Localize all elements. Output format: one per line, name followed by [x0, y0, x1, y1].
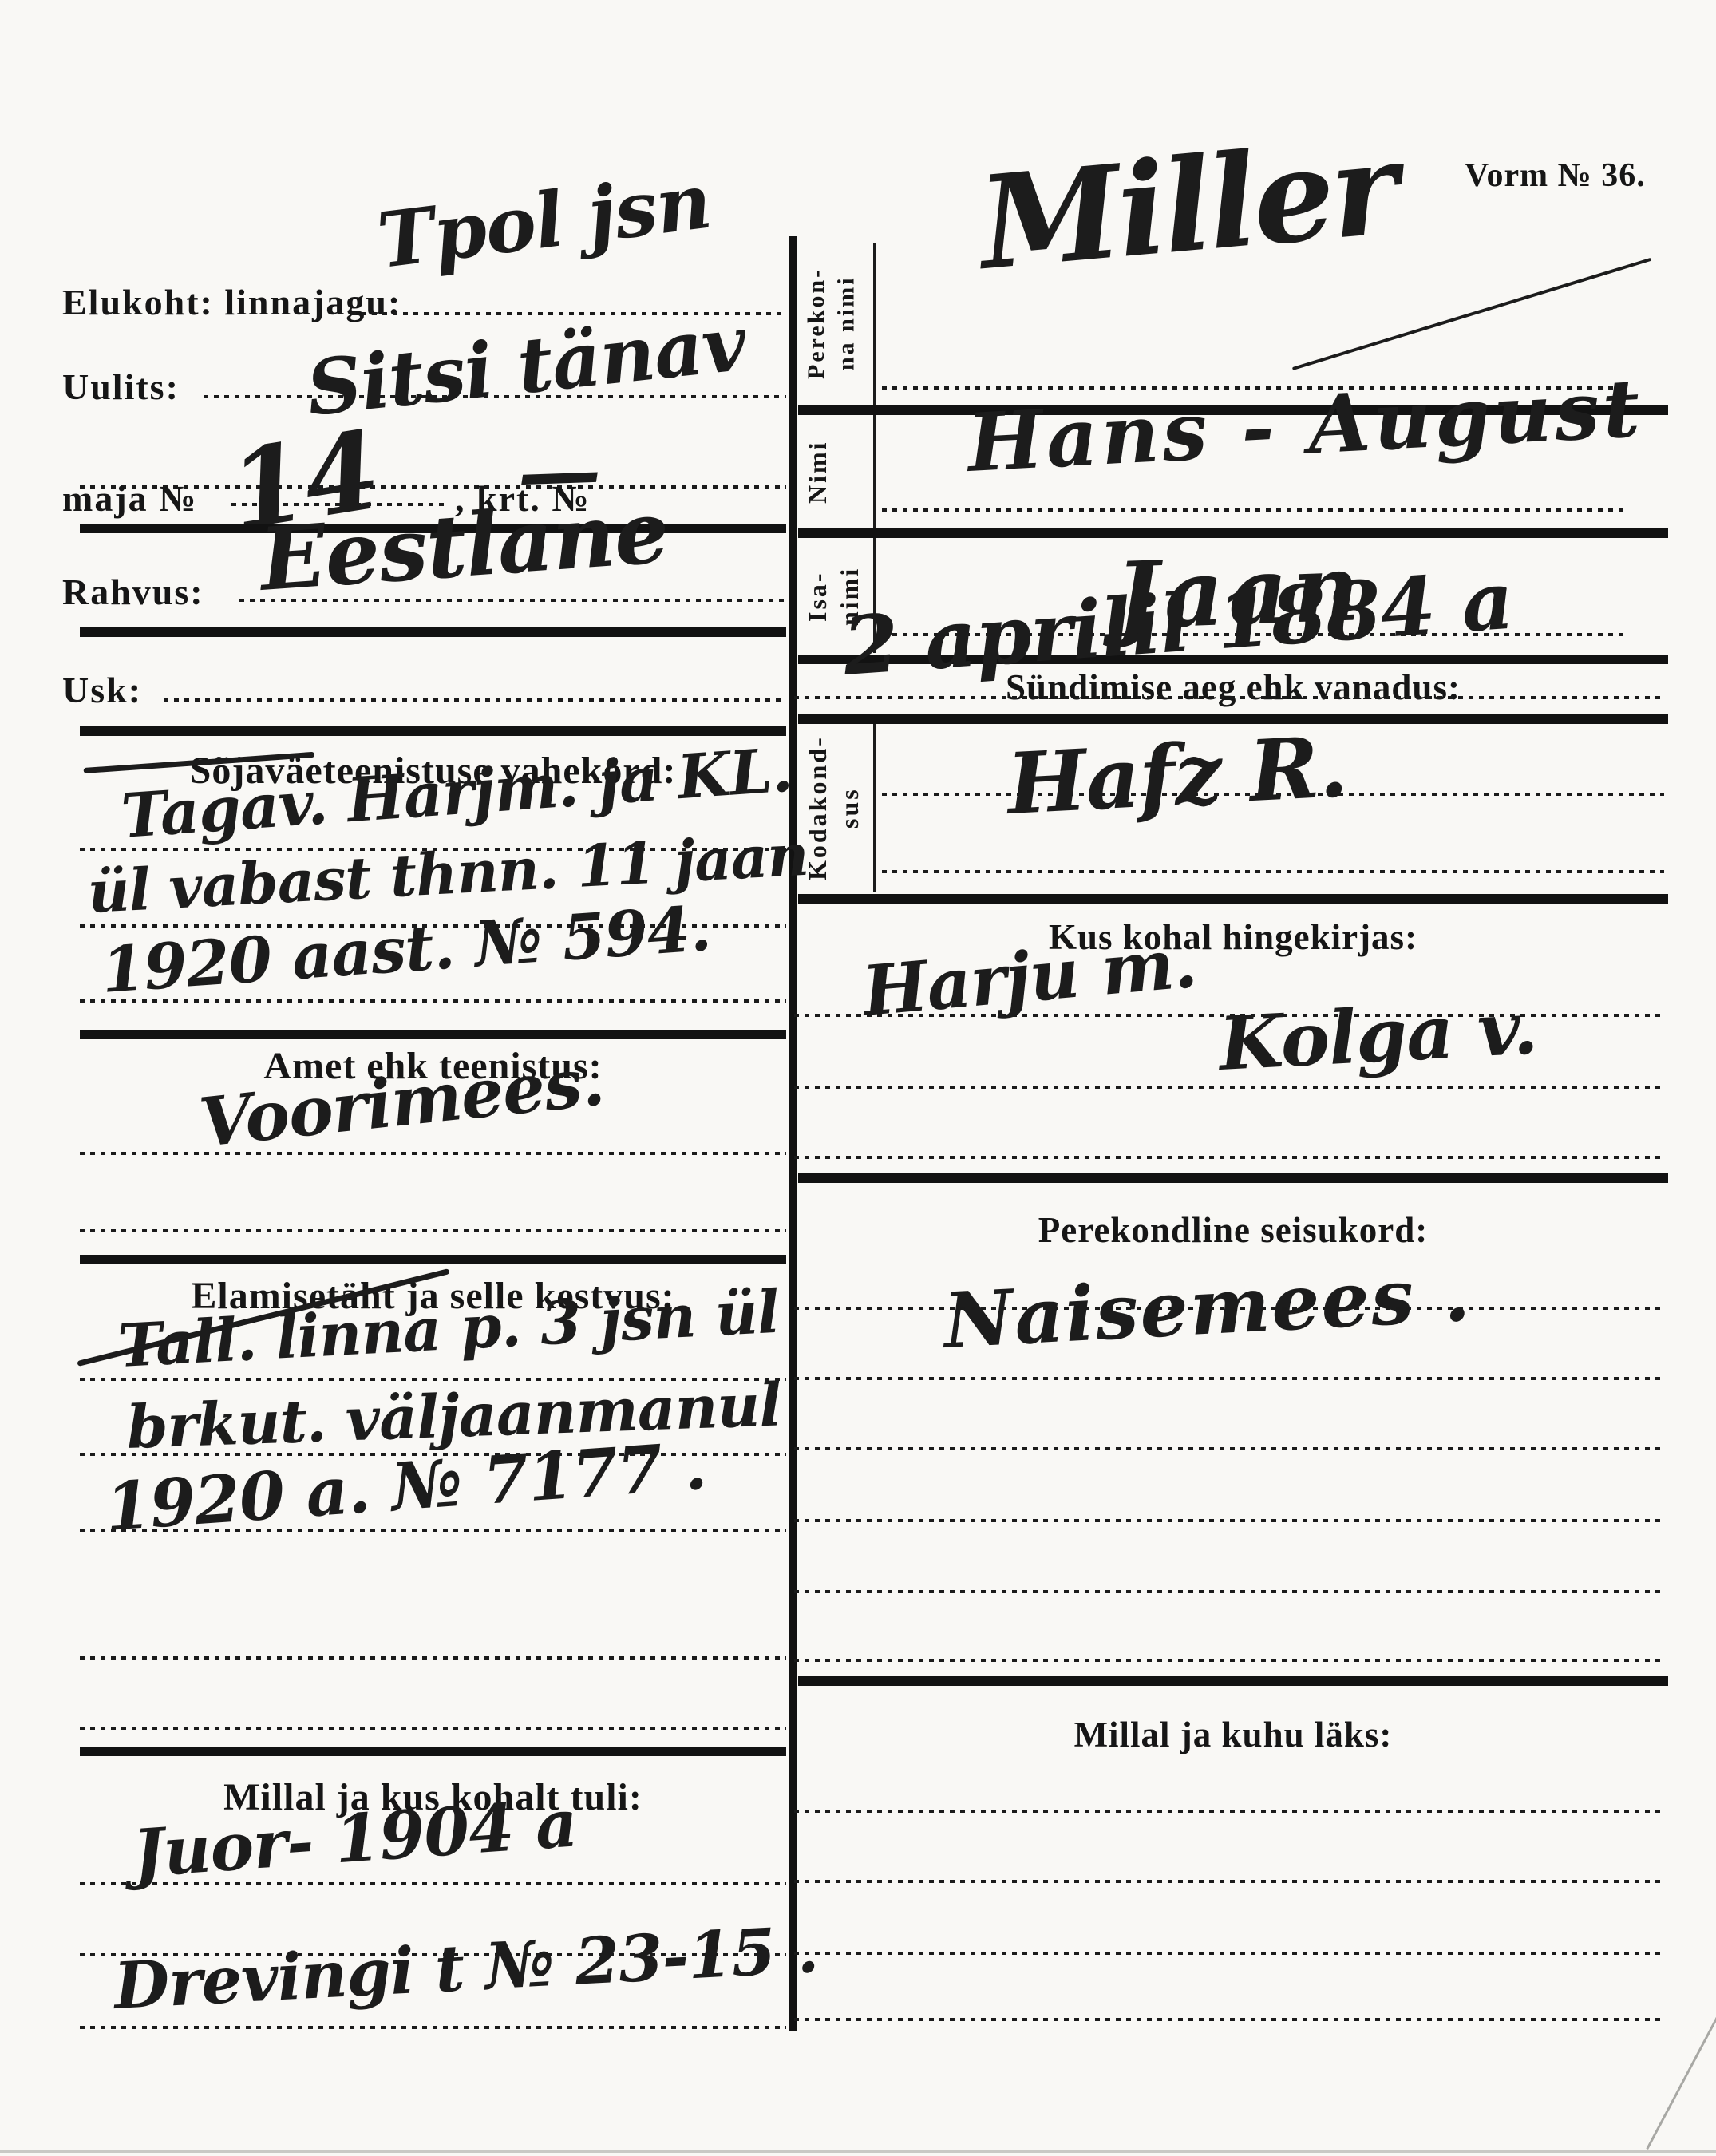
center-divider	[789, 236, 797, 2031]
rule-dotted	[794, 696, 1664, 699]
form-number: Vorm № 36.	[1465, 156, 1646, 195]
divider-thick	[798, 894, 1668, 904]
field-kodakondsus-label: Kodakond- sus	[801, 724, 865, 892]
field-nimi-value: Hans - August	[966, 368, 1645, 483]
field-elukoht-value: Tpol jsn	[374, 164, 714, 279]
field-rahvus-label: Rahvus:	[62, 571, 204, 613]
rule-dotted	[80, 1727, 786, 1730]
rule-dotted	[80, 999, 786, 1003]
field-elukoht-label: Elukoht: linnajagu:	[62, 281, 401, 323]
rule-dotted	[80, 2026, 786, 2029]
field-perekonnanimi-label-line2: na nimi	[832, 243, 862, 403]
rule-dotted	[80, 1882, 786, 1885]
rule-dotted	[794, 1880, 1664, 1883]
rule-dotted	[164, 698, 786, 702]
divider-thick	[80, 1030, 786, 1039]
field-nimi-label: Nimi	[801, 415, 833, 528]
divider-thick	[80, 1747, 786, 1756]
section-seisukord-heading: Perekondline seisukord:	[798, 1209, 1668, 1251]
scan-scratch	[1646, 1937, 1716, 2150]
rule-dotted	[794, 1659, 1664, 1662]
rule-dotted	[80, 1229, 786, 1232]
rule-dotted	[794, 1810, 1664, 1813]
divider-thick	[80, 627, 786, 637]
field-kodakondsus-value: Hafz R.	[1006, 725, 1349, 826]
label-cell-divider	[873, 724, 876, 892]
field-uulits-label: Uulits:	[62, 366, 180, 408]
field-isanimi-label-line1: Isa-	[801, 538, 833, 655]
rule-dotted	[794, 1447, 1664, 1450]
label-cell-divider	[873, 243, 876, 653]
rule-dotted	[794, 1952, 1664, 1955]
divider-thick	[80, 726, 786, 736]
field-perekonnanimi-label-line1: Perekon-	[801, 243, 832, 403]
rule-dotted	[794, 1519, 1664, 1522]
field-kodakondsus-label-line2: sus	[833, 724, 865, 892]
rule-dotted	[794, 1307, 1664, 1310]
divider-thick	[798, 1173, 1668, 1183]
scan-edge-line	[0, 2150, 1716, 2153]
rule-dotted	[794, 1590, 1664, 1593]
rule-dotted	[882, 870, 1664, 873]
divider-thick	[798, 1676, 1668, 1686]
rule-dotted	[794, 1156, 1664, 1159]
rule-dotted	[794, 1086, 1664, 1089]
field-perekonnanimi-label: Perekon- na nimi	[801, 243, 861, 403]
registration-form-scan: Vorm № 36. Elukoht: linnajagu: Tpol jsn …	[0, 0, 1716, 2156]
divider-thick	[80, 1255, 786, 1264]
rule-dotted	[882, 508, 1628, 512]
field-nimi-label-line1: Nimi	[801, 415, 833, 528]
field-perekonnanimi-value: Miller	[975, 124, 1401, 287]
section-laks-heading: Millal ja kuhu läks:	[798, 1714, 1668, 1755]
field-kodakondsus-label-line1: Kodakond-	[801, 724, 833, 892]
rule-dotted	[80, 1656, 786, 1660]
divider-thick	[798, 528, 1668, 538]
field-uulits-value: Sitsi tänav	[303, 306, 749, 427]
field-rahvus-value: Eestlane	[257, 489, 670, 603]
rule-dotted	[80, 1529, 786, 1532]
field-maja-label: maja №	[62, 477, 197, 520]
rule-dotted	[794, 2018, 1664, 2021]
field-usk-label: Usk:	[62, 669, 142, 711]
field-hingekiri-value2: Kolga v.	[1217, 991, 1539, 1081]
pen-flourish	[1292, 258, 1652, 370]
rule-dotted	[794, 1377, 1664, 1380]
rule-dotted	[80, 1152, 786, 1155]
field-tuli-line2: Drevingi t № 23-15 .	[113, 1917, 820, 2018]
